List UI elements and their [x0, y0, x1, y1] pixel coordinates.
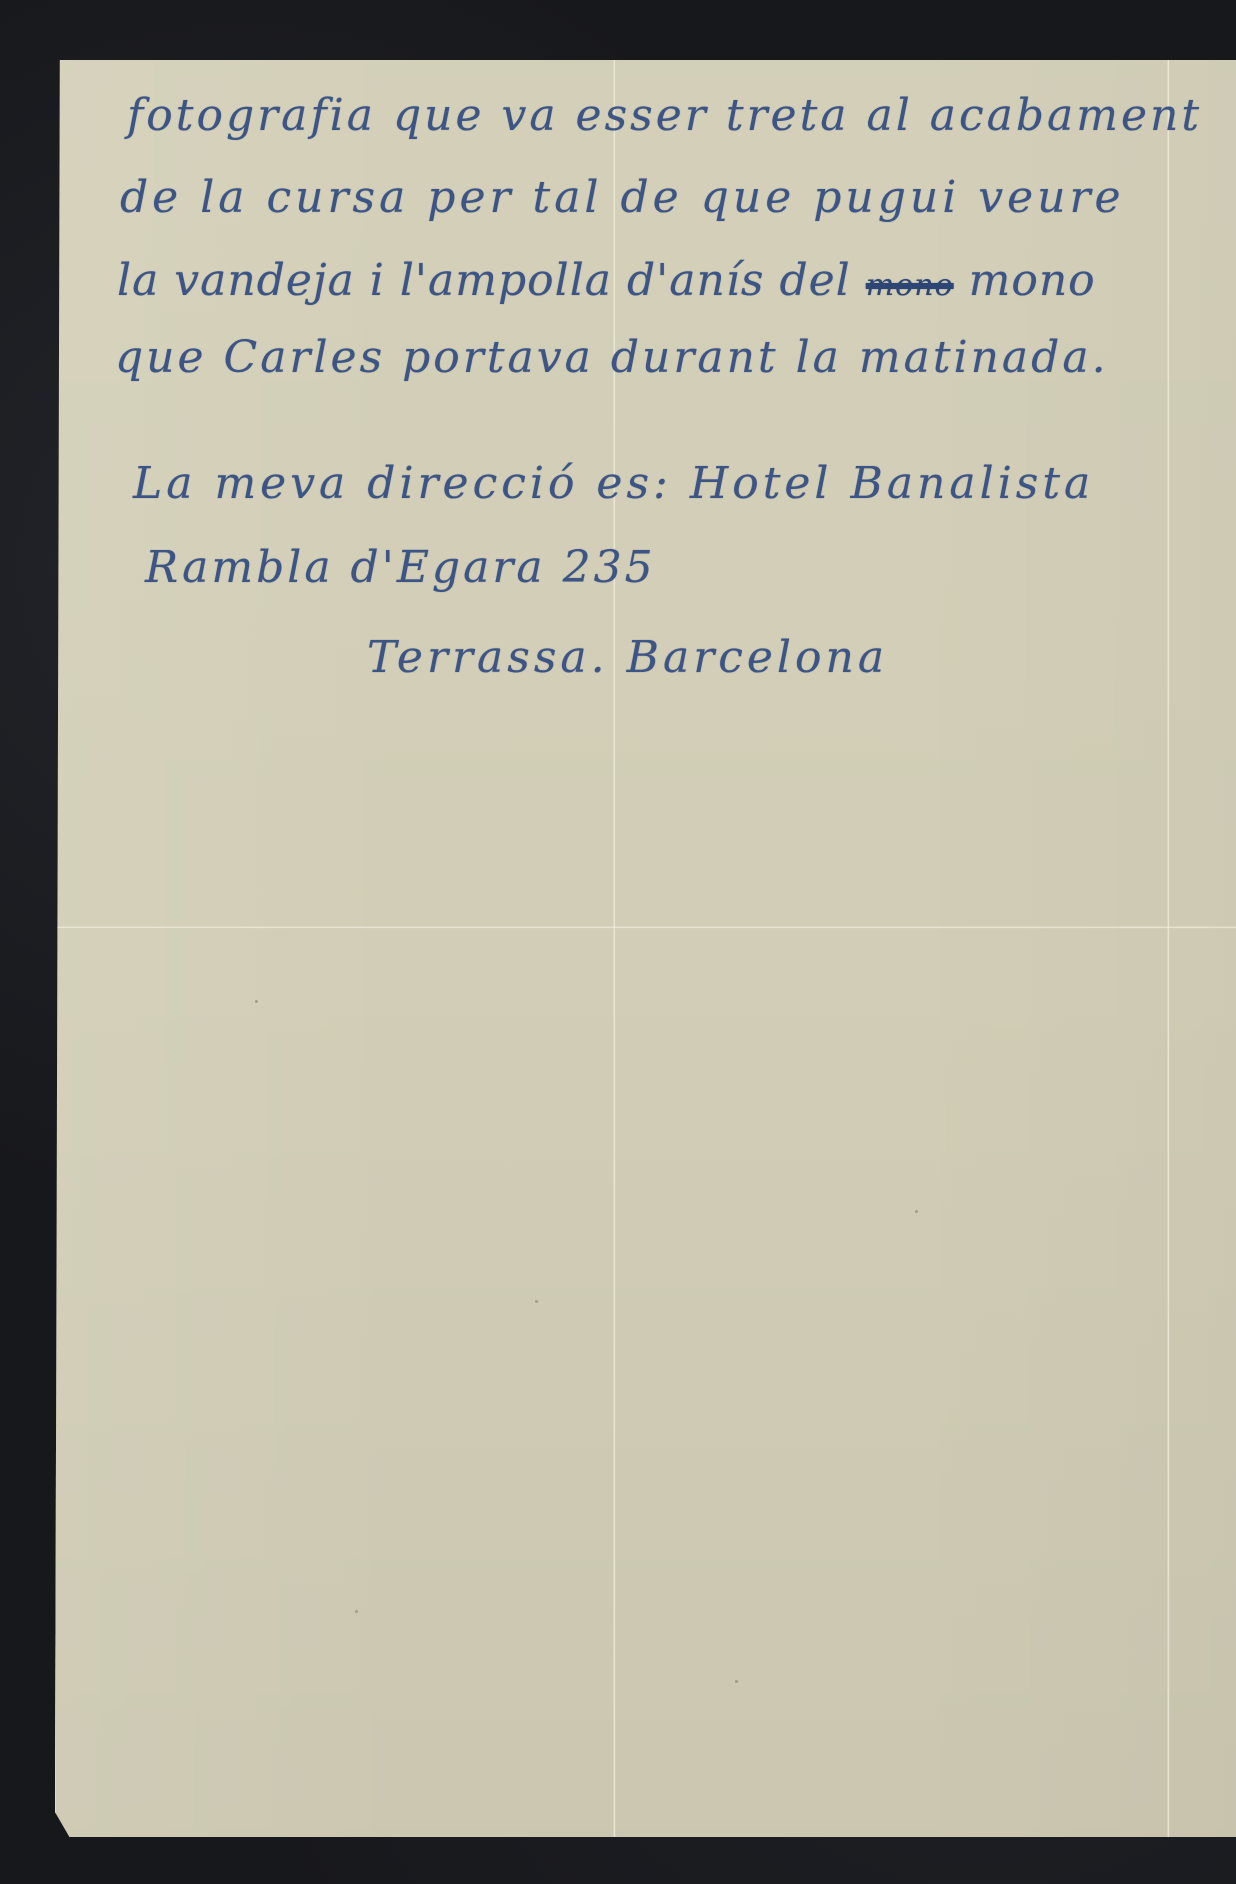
vertical-fold-center: [613, 60, 616, 1837]
horizontal-fold: [55, 926, 1236, 929]
letter-line-1: fotografia que va esser treta al acabame…: [127, 90, 1202, 141]
letter-line-4: que Carles portava durant la matinada.: [115, 332, 1109, 383]
address-street: Rambla d'Egara 235: [145, 542, 656, 593]
letter-line-3: la vandeja i l'ampolla d'anís del mono m…: [117, 255, 1096, 306]
struck-out-word: mono: [866, 268, 954, 303]
letter-line-2: de la cursa per tal de que pugui veure: [120, 172, 1125, 223]
paper-speck: [735, 1680, 738, 1683]
paper-speck: [535, 1300, 538, 1303]
address-intro: La meva direcció es: Hotel Banalista: [133, 458, 1094, 509]
vertical-fold-right: [1167, 60, 1170, 1837]
paper-speck: [255, 1000, 258, 1003]
paper-speck: [915, 1210, 918, 1213]
paper-speck: [355, 1610, 358, 1613]
letter-line-3-end: mono: [954, 255, 1096, 306]
letter-line-3-start: la vandeja i l'ampolla d'anís del: [117, 255, 866, 306]
address-city: Terrassa. Barcelona: [367, 632, 888, 683]
letter-page: fotografia que va esser treta al acabame…: [55, 60, 1236, 1837]
